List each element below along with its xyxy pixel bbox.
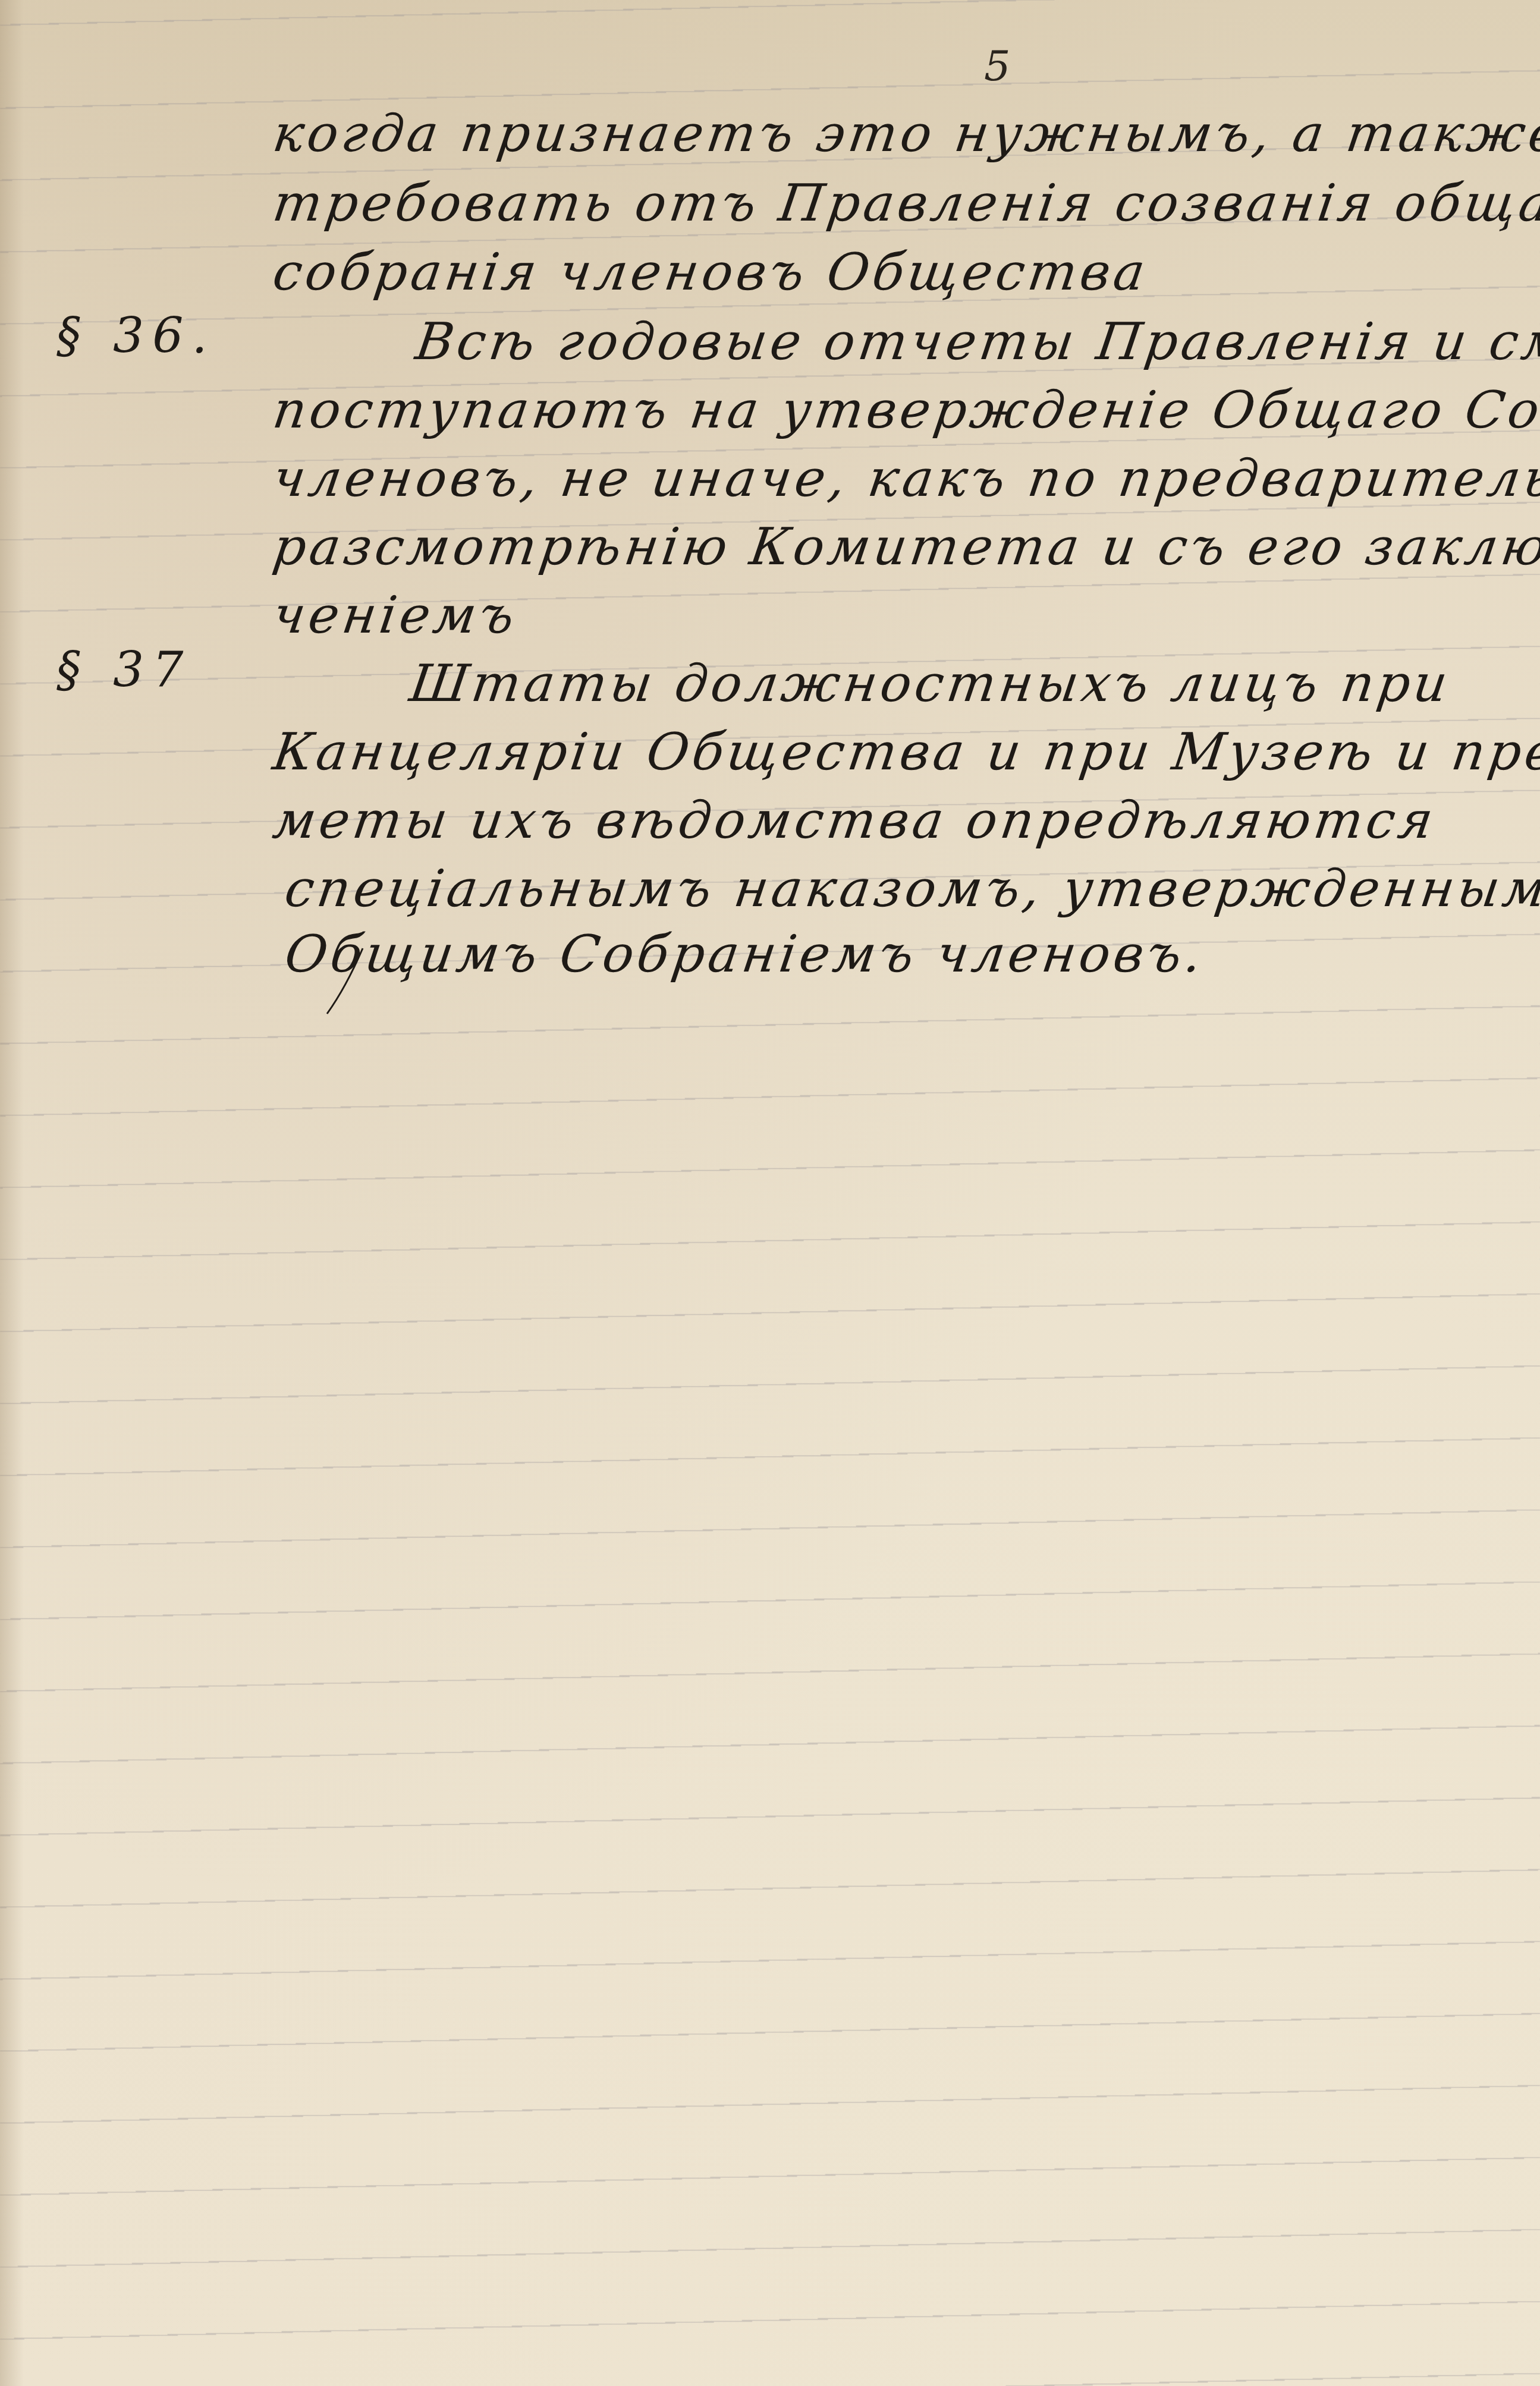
- text-line: членовъ, не иначе, какъ по предварительн…: [269, 449, 1540, 508]
- section-marker: § 37: [56, 642, 191, 699]
- text-line: Канцеляріи Общества и при Музеѣ и пред-: [269, 722, 1540, 782]
- text-line: Штаты должностныхъ лицъ при: [406, 654, 1454, 713]
- text-line: поступаютъ на утвержденіе Общаго Собрані…: [269, 381, 1540, 440]
- page-edge-shadow: [0, 0, 24, 2386]
- text-line: собранія членовъ Общества: [269, 243, 1152, 302]
- text-line: разсмотрѣнію Комитета и съ его заклю-: [269, 517, 1540, 577]
- text-line: когда признаетъ это нужнымъ, а также: [269, 104, 1540, 164]
- folio-number: 5: [984, 42, 1014, 90]
- text-line: меты ихъ вѣдомства опредѣляются: [269, 791, 1440, 850]
- manuscript-page: 5 когда признаетъ это нужнымъ, а также т…: [0, 0, 1540, 2386]
- text-line: ченіемъ: [269, 586, 521, 645]
- text-line: Всѣ годовые отчеты Правленія и смѣты: [412, 312, 1540, 372]
- section-marker: § 36.: [56, 308, 215, 364]
- text-line: спеціальнымъ наказомъ, утвержденнымъ: [281, 859, 1540, 919]
- pen-flourish-icon: [321, 945, 369, 1017]
- text-line: Общимъ Собраніемъ членовъ.: [281, 925, 1209, 984]
- text-line: требовать отъ Правленія созванія общаго: [269, 174, 1540, 233]
